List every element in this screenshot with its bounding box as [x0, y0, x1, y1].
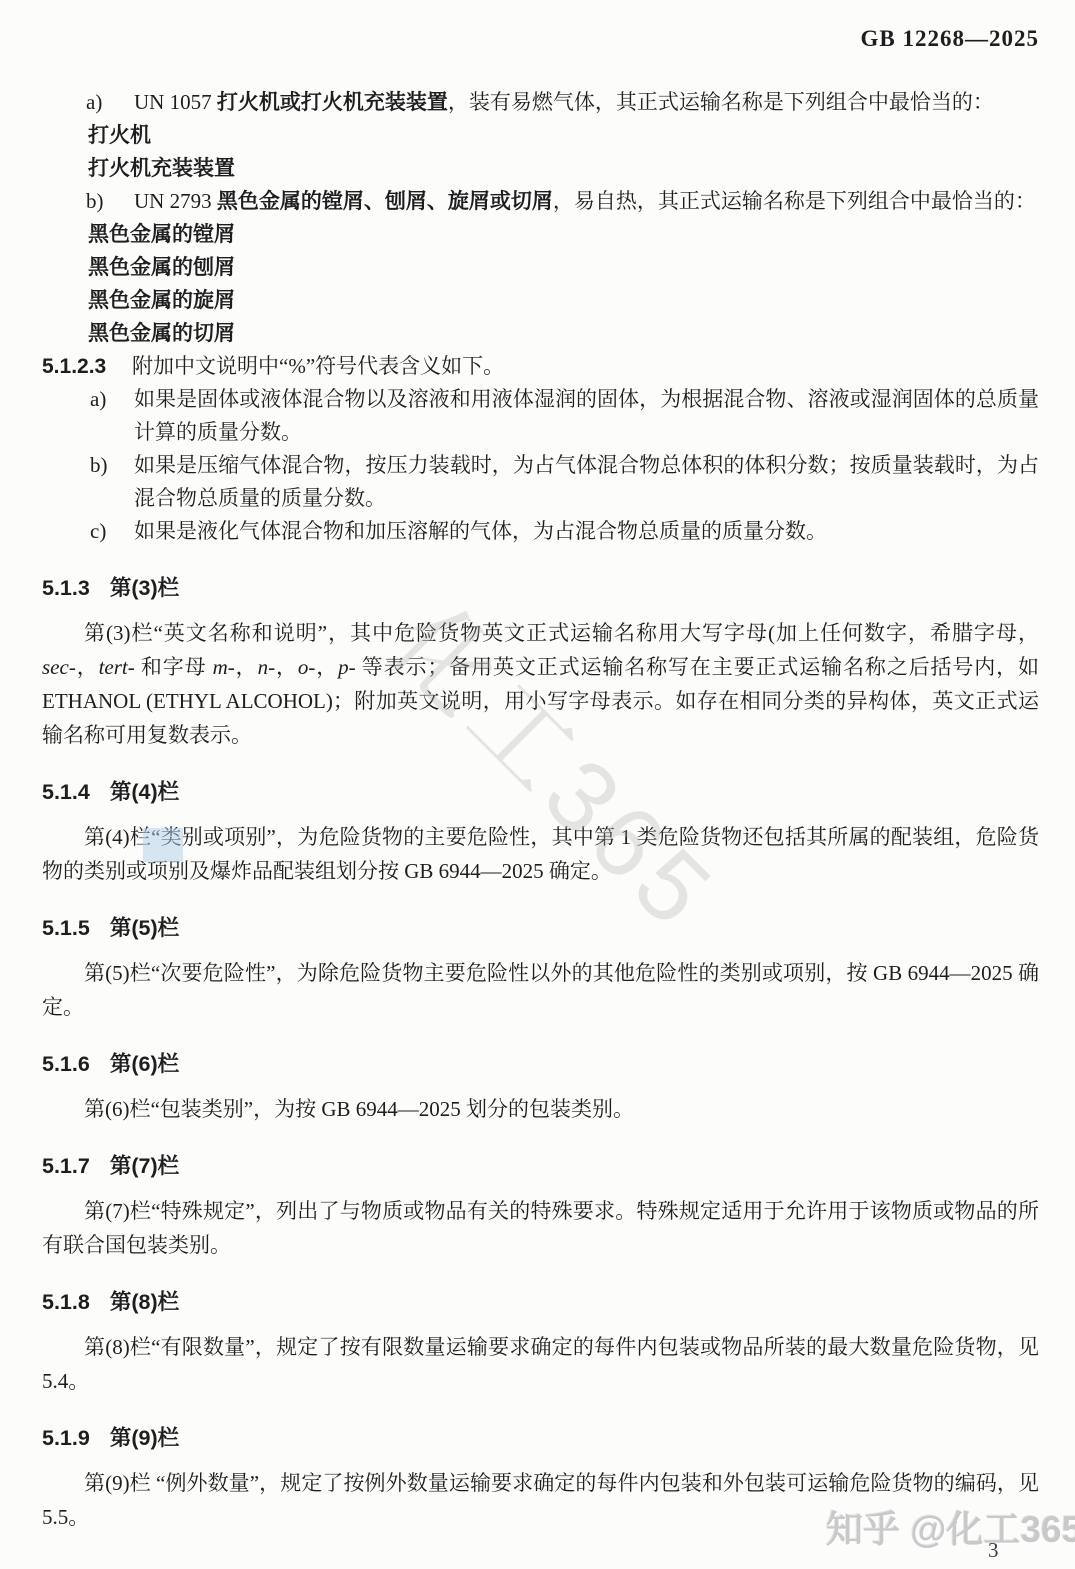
sub-list-item: c) 如果是液化气体混合物和加压溶解的气体，为占混合物总质量的质量分数。: [42, 515, 1039, 548]
shipping-name-option: 打火机: [88, 119, 1039, 152]
text-run: 第(3)栏“英文名称和说明”，其中危险货物英文正式运输名称用大写字母(加上任何数…: [84, 621, 1039, 645]
document-body: a) UN 1057 打火机或打火机充装装置，装有易燃气体，其正式运输名称是下列…: [42, 86, 1039, 1534]
section-number: 5.1.8: [42, 1290, 90, 1314]
section-paragraph: 第(8)栏“有限数量”，规定了按有限数量运输要求确定的每件内包装或物品所装的最大…: [42, 1330, 1039, 1398]
list-marker: b): [90, 449, 108, 482]
list-marker: b): [86, 185, 104, 218]
section-paragraph: 第(6)栏“包装类别”，为按 GB 6944—2025 划分的包装类别。: [42, 1092, 1039, 1126]
document-page: GB 12268—2025 a) UN 1057 打火机或打火机充装装置，装有易…: [0, 0, 1075, 1569]
section-paragraph: 第(4)栏“类别或项别”，为危险货物的主要危险性，其中第 1 类危险货物还包括其…: [42, 820, 1039, 888]
shipping-name-option: 黑色金属的镗屑: [88, 218, 1039, 251]
bold-term: 打火机或打火机充装装置: [217, 91, 448, 114]
text-run: 如果是固体或液体混合物以及溶液和用液体湿润的固体，为根据混合物、溶液或湿润固体的…: [134, 387, 1039, 444]
text-run: UN 2793: [134, 189, 217, 213]
section-heading-518: 5.1.8第(8)栏: [42, 1285, 1039, 1319]
document-code: GB 12268—2025: [861, 26, 1039, 52]
text-run: ，易自热，其正式运输名称是下列组合中最恰当的：: [553, 189, 1036, 213]
list-item-a: a) UN 1057 打火机或打火机充装装置，装有易燃气体，其正式运输名称是下列…: [42, 86, 1039, 119]
section-number: 5.1.4: [42, 780, 90, 804]
italic-run: o-: [298, 655, 316, 679]
text-run: ，: [76, 655, 99, 679]
clause-intro: 附加中文说明中“%”符号代表含义如下。: [132, 354, 504, 378]
section-number: 5.1.7: [42, 1154, 90, 1178]
section-title: 第(6)栏: [110, 1052, 179, 1076]
section-number: 5.1.3: [42, 576, 90, 600]
shipping-name-option: 打火机充装装置: [88, 152, 1039, 185]
section-heading-517: 5.1.7第(7)栏: [42, 1149, 1039, 1183]
section-heading-514: 5.1.4第(4)栏: [42, 775, 1039, 809]
italic-run: p-: [338, 655, 356, 679]
text-run: 和字母: [135, 655, 213, 679]
section-title: 第(7)栏: [110, 1154, 179, 1178]
list-item-b: b) UN 2793 黑色金属的镗屑、刨屑、旋屑或切屑，易自热，其正式运输名称是…: [42, 185, 1039, 218]
section-number: 5.1.6: [42, 1052, 90, 1076]
list-marker: a): [86, 86, 102, 119]
section-heading-516: 5.1.6第(6)栏: [42, 1047, 1039, 1081]
italic-run: n-: [258, 655, 276, 679]
clause-number: 5.1.2.3: [42, 350, 106, 383]
shipping-name-option: 黑色金属的刨屑: [88, 251, 1039, 284]
section-title: 第(4)栏: [110, 780, 179, 804]
section-paragraph: 第(7)栏“特殊规定”，列出了与物质或物品有关的特殊要求。特殊规定适用于允许用于…: [42, 1194, 1039, 1262]
italic-run: m-: [213, 655, 235, 679]
section-title: 第(8)栏: [110, 1290, 179, 1314]
text-run: ，装有易燃气体，其正式运输名称是下列组合中最恰当的：: [448, 90, 994, 114]
section-number: 5.1.9: [42, 1426, 90, 1450]
section-paragraph: 第(5)栏“次要危险性”，为除危险货物主要危险性以外的其他危险性的类别或项别，按…: [42, 956, 1039, 1024]
text-run: ，: [235, 655, 258, 679]
italic-run: sec-: [42, 655, 76, 679]
section-number: 5.1.5: [42, 916, 90, 940]
text-run: 如果是液化气体混合物和加压溶解的气体，为占混合物总质量的质量分数。: [134, 519, 827, 543]
list-marker: a): [90, 383, 106, 416]
list-marker: c): [90, 515, 106, 548]
section-heading-515: 5.1.5第(5)栏: [42, 911, 1039, 945]
section-title: 第(5)栏: [110, 916, 179, 940]
text-run: ，: [315, 655, 338, 679]
bold-term: 黑色金属的镗屑、刨屑、旋屑或切屑: [217, 190, 553, 213]
shipping-name-option: 黑色金属的旋屑: [88, 284, 1039, 317]
section-title: 第(3)栏: [110, 576, 179, 600]
section-paragraph: 第(3)栏“英文名称和说明”，其中危险货物英文正式运输名称用大写字母(加上任何数…: [42, 616, 1039, 752]
section-heading-513: 5.1.3第(3)栏: [42, 571, 1039, 605]
text-run: 如果是压缩气体混合物，按压力装载时，为占气体混合物总体积的体积分数；按质量装载时…: [134, 453, 1039, 510]
italic-run: tert-: [99, 655, 135, 679]
watermark-credit: 知乎 @化工365: [826, 1499, 1075, 1553]
shipping-name-option: 黑色金属的切屑: [88, 317, 1039, 350]
text-run: ，: [275, 655, 298, 679]
clause-5-1-2-3: 5.1.2.3 附加中文说明中“%”符号代表含义如下。: [42, 350, 1039, 383]
page-number: 3: [988, 1538, 999, 1563]
section-title: 第(9)栏: [110, 1426, 179, 1450]
section-heading-519: 5.1.9第(9)栏: [42, 1421, 1039, 1455]
sub-list-item: b) 如果是压缩气体混合物，按压力装载时，为占气体混合物总体积的体积分数；按质量…: [42, 449, 1039, 515]
sub-list-item: a) 如果是固体或液体混合物以及溶液和用液体湿润的固体，为根据混合物、溶液或湿润…: [42, 383, 1039, 449]
text-run: UN 1057: [134, 90, 217, 114]
